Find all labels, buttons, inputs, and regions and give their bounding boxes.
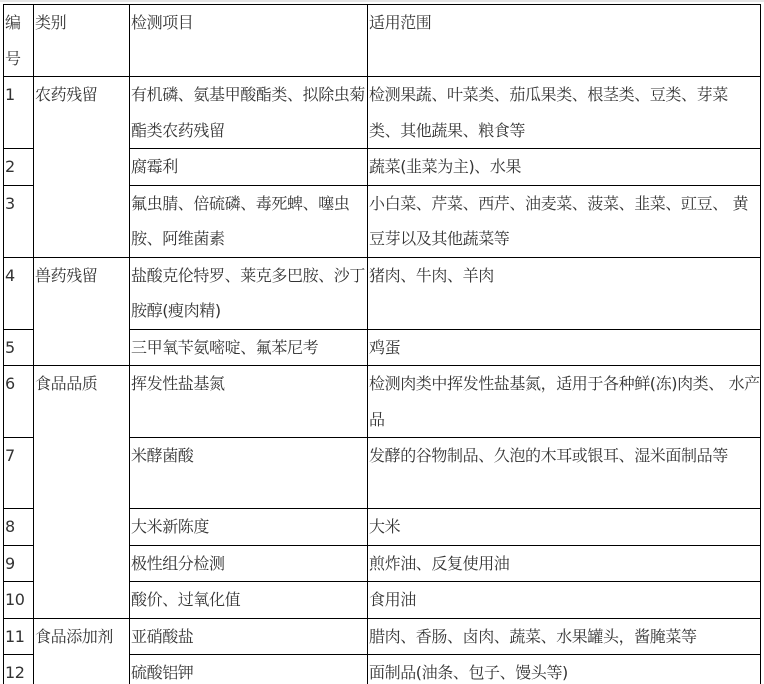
row-no: 4	[4, 257, 34, 329]
row-scope: 发酵的谷物制品、久泡的木耳或银耳、湿米面制品等	[368, 438, 761, 509]
row-scope: 大米	[368, 509, 761, 546]
row-scope: 小白菜、芹菜、西芹、油麦菜、菠菜、韭菜、豇豆、 黄豆芽以及其他蔬菜等	[368, 185, 761, 257]
row-no: 7	[4, 438, 34, 509]
row-scope: 检测肉类中挥发性盐基氮，适用于各种鲜(冻)肉类、 水产品	[368, 366, 761, 438]
row-item: 有机磷、氨基甲酸酯类、拟除虫菊 酯类农药残留	[130, 77, 368, 149]
row-no: 3	[4, 185, 34, 257]
row-no: 6	[4, 366, 34, 438]
row-no: 5	[4, 329, 34, 366]
row-no: 1	[4, 77, 34, 149]
row-item: 腐霉利	[130, 149, 368, 186]
row-item: 极性组分检测	[130, 545, 368, 582]
row-scope: 猪肉、牛肉、羊肉	[368, 257, 761, 329]
row-scope: 蔬菜(韭菜为主)、水果	[368, 149, 761, 186]
row-no: 8	[4, 509, 34, 546]
header-item: 检测项目	[130, 5, 368, 77]
row-scope: 鸡蛋	[368, 329, 761, 366]
table-row: 1 农药残留 有机磷、氨基甲酸酯类、拟除虫菊 酯类农药残留 检测果蔬、叶菜类、茄…	[4, 77, 761, 149]
row-item: 挥发性盐基氮	[130, 366, 368, 438]
row-scope: 食用油	[368, 582, 761, 619]
header-no: 编号	[4, 5, 34, 77]
row-no: 12	[4, 655, 34, 684]
header-scope: 适用范围	[368, 5, 761, 77]
row-item: 亚硝酸盐	[130, 618, 368, 655]
row-item: 硫酸铝钾	[130, 655, 368, 684]
category-cell-additive: 食品添加剂	[34, 618, 130, 684]
row-item: 盐酸克伦特罗、莱克多巴胺、沙丁 胺醇(瘦肉精)	[130, 257, 368, 329]
row-scope: 面制品(油条、包子、馒头等)	[368, 655, 761, 684]
row-item: 氟虫腈、倍硫磷、毒死蜱、噻虫 胺、阿维菌素	[130, 185, 368, 257]
category-cell-quality: 食品品质	[34, 366, 130, 619]
detection-items-table: 编号 类别 检测项目 适用范围 1 农药残留 有机磷、氨基甲酸酯类、拟除虫菊 酯…	[3, 4, 761, 684]
row-scope: 煎炸油、反复使用油	[368, 545, 761, 582]
header-category: 类别	[34, 5, 130, 77]
row-item: 大米新陈度	[130, 509, 368, 546]
category-cell-pesticide: 农药残留	[34, 77, 130, 258]
row-no: 11	[4, 618, 34, 655]
row-scope: 检测果蔬、叶菜类、茄瓜果类、根茎类、豆类、芽菜 类、其他蔬果、粮食等	[368, 77, 761, 149]
table-row: 6 食品品质 挥发性盐基氮 检测肉类中挥发性盐基氮，适用于各种鲜(冻)肉类、 水…	[4, 366, 761, 438]
table-row: 4 兽药残留 盐酸克伦特罗、莱克多巴胺、沙丁 胺醇(瘦肉精) 猪肉、牛肉、羊肉	[4, 257, 761, 329]
row-item: 三甲氧苄氨嘧啶、氟苯尼考	[130, 329, 368, 366]
row-scope: 腊肉、香肠、卤肉、蔬菜、水果罐头，酱腌菜等	[368, 618, 761, 655]
row-no: 2	[4, 149, 34, 186]
table-header-row: 编号 类别 检测项目 适用范围	[4, 5, 761, 77]
row-item: 米酵菌酸	[130, 438, 368, 509]
row-no: 9	[4, 545, 34, 582]
top-divider	[0, 0, 764, 2]
row-item: 酸价、过氧化值	[130, 582, 368, 619]
row-no: 10	[4, 582, 34, 619]
table-row: 11 食品添加剂 亚硝酸盐 腊肉、香肠、卤肉、蔬菜、水果罐头，酱腌菜等	[4, 618, 761, 655]
category-cell-veterinary: 兽药残留	[34, 257, 130, 366]
